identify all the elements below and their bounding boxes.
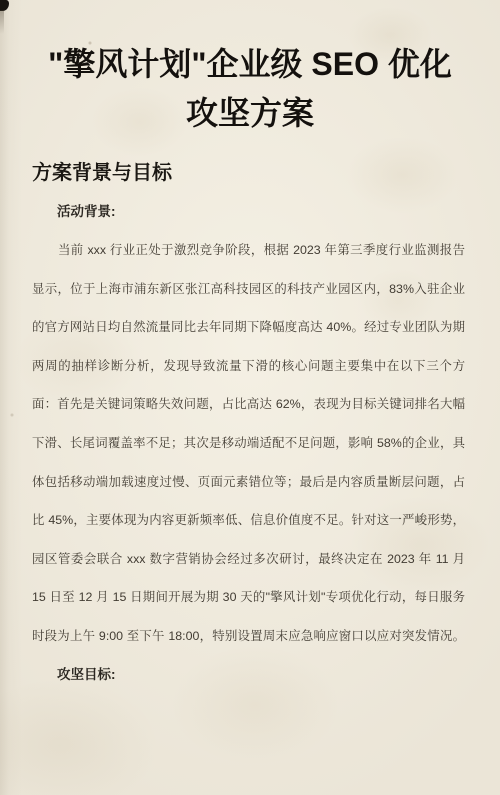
paragraph-line: 15 日至 12 月 15 日期间开展为期 30 天的"擎风计划"专项优化行动，… xyxy=(32,578,465,617)
paragraph-line: 显示，位于上海市浦东新区张江高科技园区的科技产业园区内，83%入驻企业 xyxy=(32,270,465,309)
background-paragraph: 当前 xxx 行业正处于激烈竞争阶段，根据 2023 年第三季度行业监测报告 显… xyxy=(32,231,465,656)
paragraph-line: 两周的抽样诊断分析，发现导致流量下滑的核心问题主要集中在以下三个方 xyxy=(32,347,465,386)
paragraph-line: 下滑、长尾词覆盖率不足；其次是移动端适配不足问题，影响 58%的企业，具 xyxy=(32,424,465,463)
paragraph-line: 体包括移动端加载速度过慢、页面元素错位等；最后是内容质量断层问题，占 xyxy=(32,463,465,502)
subheading-activity-background: 活动背景: xyxy=(57,203,116,221)
paragraph-line: 时段为上午 9:00 至下午 18:00，特别设置周末应急响应窗口以应对突发情况… xyxy=(32,617,465,656)
paragraph-line: 当前 xxx 行业正处于激烈竞争阶段，根据 2023 年第三季度行业监测报告 xyxy=(32,231,465,270)
paper-corner-mark xyxy=(0,0,9,11)
document-page: "擎风计划"企业级 SEO 优化攻坚方案 方案背景与目标 活动背景: 当前 xx… xyxy=(0,0,500,795)
paragraph-line: 园区管委会联合 xxx 数字营销协会经过多次研讨，最终决定在 2023 年 11… xyxy=(32,540,465,579)
document-title: "擎风计划"企业级 SEO 优化攻坚方案 xyxy=(33,40,467,138)
subheading-attack-goal: 攻坚目标: xyxy=(57,666,116,684)
paragraph-line: 比 45%，主要体现为内容更新频率低、信息价值度不足。针对这一严峻形势， xyxy=(32,501,465,540)
section-heading-background-goals: 方案背景与目标 xyxy=(32,162,172,184)
paragraph-line: 的官方网站日均自然流量同比去年同期下降幅度高达 40%。经过专业团队为期 xyxy=(32,308,465,347)
paragraph-line: 面：首先是关键词策略失效问题，占比高达 62%，表现为目标关键词排名大幅 xyxy=(32,385,465,424)
